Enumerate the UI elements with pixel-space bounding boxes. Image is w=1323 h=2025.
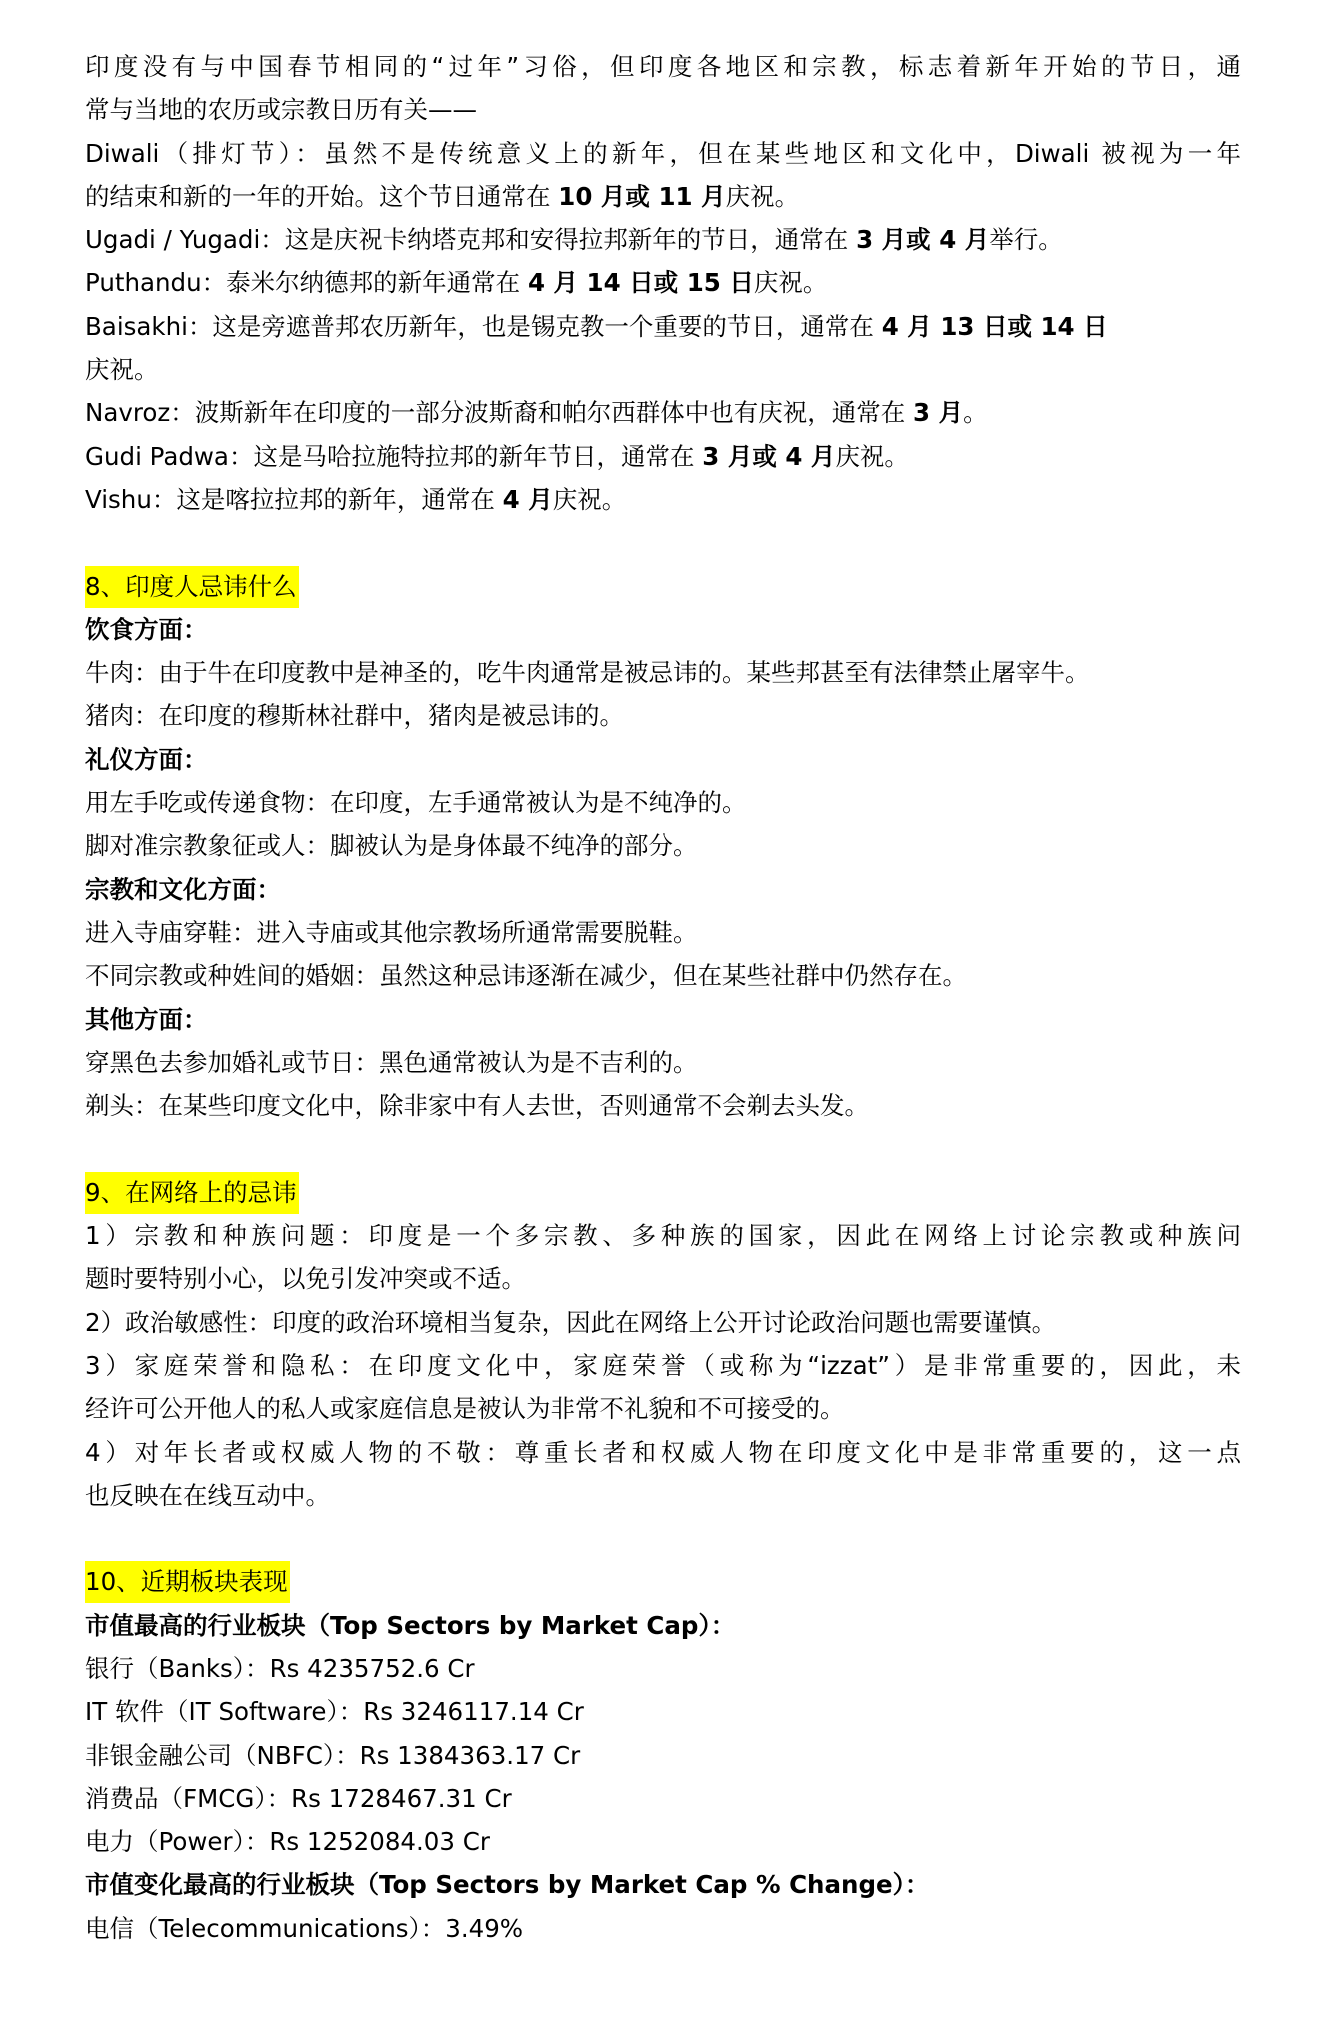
section-8-heading: 8、印度人忌讳什么 <box>85 565 1241 608</box>
subheading-top-by-change: 市值变化最高的行业板块（Top Sectors by Market Cap % … <box>85 1863 1241 1906</box>
festival-name: Vishu <box>85 485 152 514</box>
list-item: 牛肉：由于牛在印度教中是神圣的，吃牛肉通常是被忌讳的。某些邦甚至有法律禁止屠宰牛… <box>85 651 1241 694</box>
list-item: 剃头：在某些印度文化中，除非家中有人去世，否则通常不会剃去头发。 <box>85 1084 1241 1127</box>
festival-diwali-line-2: 的结束和新的一年的开始。这个节日通常在 10 月或 11 月庆祝。 <box>85 175 1241 218</box>
list-item: 用左手吃或传递食物：在印度，左手通常被认为是不纯净的。 <box>85 781 1241 824</box>
sector-value: Rs 3246117.14 Cr <box>363 1697 584 1726</box>
intro-line-2: 常与当地的农历或宗教日历有关—— <box>85 88 1241 131</box>
festival-puthandu: Puthandu：泰米尔纳德邦的新年通常在 4 月 14 日或 15 日庆祝。 <box>85 261 1241 304</box>
highlighted-title: 9、在网络上的忌讳 <box>85 1172 299 1214</box>
sector-row: 消费品（FMCG）：Rs 1728467.31 Cr <box>85 1777 1241 1820</box>
sector-row: 电信（Telecommunications）：3.49% <box>85 1907 1241 1950</box>
sector-label: 消费品（FMCG）： <box>85 1784 291 1813</box>
festival-gudi-padwa: Gudi Padwa：这是马哈拉施特拉邦的新年节日，通常在 3 月或 4 月庆祝… <box>85 435 1241 478</box>
subheading-religion-culture: 宗教和文化方面： <box>85 868 1241 911</box>
list-item-1-line-2: 题时要特别小心，以免引发冲突或不适。 <box>85 1257 1241 1300</box>
festival-name: Diwali <box>85 139 159 168</box>
sector-value: Rs 4235752.6 Cr <box>270 1654 475 1683</box>
highlighted-title: 10、近期板块表现 <box>85 1561 290 1603</box>
list-item-1-line-1: 1）宗教和种族问题：印度是一个多宗教、多种族的国家，因此在网络上讨论宗教或种族问 <box>85 1214 1241 1257</box>
sector-value: Rs 1384363.17 Cr <box>360 1741 581 1770</box>
document-page: 印度没有与中国春节相同的“过年”习俗，但印度各地区和宗教，标志着新年开始的节日，… <box>85 45 1241 1950</box>
subheading-top-by-cap: 市值最高的行业板块（Top Sectors by Market Cap）： <box>85 1604 1241 1647</box>
list-item: 猪肉：在印度的穆斯林社群中，猪肉是被忌讳的。 <box>85 694 1241 737</box>
sector-value: 3.49% <box>445 1914 523 1943</box>
festival-date: 3 月 <box>913 398 963 427</box>
festival-date: 4 月 14 日或 15 日 <box>528 268 754 297</box>
festival-navroz: Navroz：波斯新年在印度的一部分波斯裔和帕尔西群体中也有庆祝，通常在 3 月… <box>85 391 1241 434</box>
list-item-2: 2）政治敏感性：印度的政治环境相当复杂，因此在网络上公开讨论政治问题也需要谨慎。 <box>85 1301 1241 1344</box>
subheading-etiquette: 礼仪方面： <box>85 738 1241 781</box>
festival-date: 3 月或 4 月 <box>702 442 835 471</box>
festival-date: 10 月或 11 月 <box>558 182 725 211</box>
list-item: 进入寺庙穿鞋：进入寺庙或其他宗教场所通常需要脱鞋。 <box>85 911 1241 954</box>
sector-label: 银行（Banks）： <box>85 1654 270 1683</box>
sector-row: 银行（Banks）：Rs 4235752.6 Cr <box>85 1647 1241 1690</box>
subheading-diet: 饮食方面： <box>85 608 1241 651</box>
sector-label: 电力（Power）： <box>85 1827 269 1856</box>
list-item: 脚对准宗教象征或人：脚被认为是身体最不纯净的部分。 <box>85 824 1241 867</box>
sector-label: 电信（Telecommunications）： <box>85 1914 445 1943</box>
festival-date: 3 月或 4 月 <box>856 225 989 254</box>
sector-value: Rs 1252084.03 Cr <box>269 1827 490 1856</box>
sector-value: Rs 1728467.31 Cr <box>291 1784 512 1813</box>
section-9-heading: 9、在网络上的忌讳 <box>85 1171 1241 1214</box>
spacer <box>85 521 1241 564</box>
list-item-3-line-1: 3）家庭荣誉和隐私：在印度文化中，家庭荣誉（或称为“izzat”）是非常重要的，… <box>85 1344 1241 1387</box>
festival-name: Gudi Padwa <box>85 442 229 471</box>
sector-row: 非银金融公司（NBFC）：Rs 1384363.17 Cr <box>85 1734 1241 1777</box>
festival-ugadi: Ugadi / Yugadi：这是庆祝卡纳塔克邦和安得拉邦新年的节日，通常在 3… <box>85 218 1241 261</box>
sector-label: 非银金融公司（NBFC）： <box>85 1741 360 1770</box>
list-item-4-line-1: 4）对年长者或权威人物的不敬：尊重长者和权威人物在印度文化中是非常重要的，这一点 <box>85 1431 1241 1474</box>
festival-name: Baisakhi <box>85 312 188 341</box>
sector-row: IT 软件（IT Software）：Rs 3246117.14 Cr <box>85 1690 1241 1733</box>
spacer <box>85 1517 1241 1560</box>
festival-vishu: Vishu：这是喀拉拉邦的新年，通常在 4 月庆祝。 <box>85 478 1241 521</box>
festival-baisakhi-line-1: Baisakhi：这是旁遮普邦农历新年，也是锡克教一个重要的节日，通常在 4 月… <box>85 305 1241 348</box>
section-10-heading: 10、近期板块表现 <box>85 1560 1241 1603</box>
list-item: 不同宗教或种姓间的婚姻：虽然这种忌讳逐渐在减少，但在某些社群中仍然存在。 <box>85 954 1241 997</box>
list-item-4-line-2: 也反映在在线互动中。 <box>85 1474 1241 1517</box>
festival-diwali-line-1: Diwali（排灯节）：虽然不是传统意义上的新年，但在某些地区和文化中，Diwa… <box>85 132 1241 175</box>
festival-date: 4 月 13 日或 14 日 <box>882 312 1108 341</box>
festival-name: Ugadi / Yugadi <box>85 225 260 254</box>
festival-baisakhi-line-2: 庆祝。 <box>85 348 1241 391</box>
highlighted-title: 8、印度人忌讳什么 <box>85 566 299 608</box>
list-item-3-line-2: 经许可公开他人的私人或家庭信息是被认为非常不礼貌和不可接受的。 <box>85 1387 1241 1430</box>
subheading-other: 其他方面： <box>85 998 1241 1041</box>
sector-label: IT 软件（IT Software）： <box>85 1697 363 1726</box>
intro-line-1: 印度没有与中国春节相同的“过年”习俗，但印度各地区和宗教，标志着新年开始的节日，… <box>85 45 1241 88</box>
festival-name: Puthandu <box>85 268 202 297</box>
festival-name: Navroz <box>85 398 170 427</box>
festival-date: 4 月 <box>503 485 553 514</box>
spacer <box>85 1127 1241 1170</box>
list-item: 穿黑色去参加婚礼或节日：黑色通常被认为是不吉利的。 <box>85 1041 1241 1084</box>
sector-row: 电力（Power）：Rs 1252084.03 Cr <box>85 1820 1241 1863</box>
